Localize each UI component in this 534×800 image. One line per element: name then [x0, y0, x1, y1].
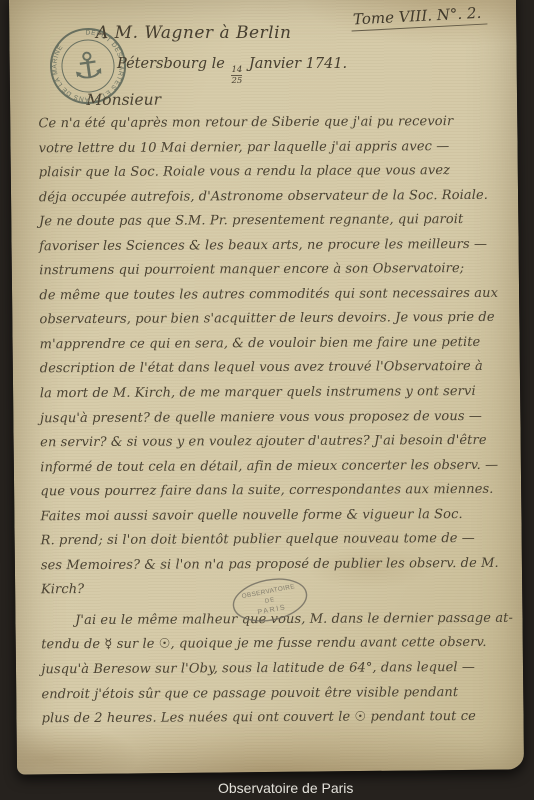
letter-line: plaisir que la Soc. Roiale vous a rendu … — [39, 163, 517, 190]
letter-line: m'apprendre ce qui en sera, & de vouloir… — [40, 335, 518, 362]
addressee-line: A M. Wagner à Berlin — [96, 23, 292, 43]
letter-line: informé de tout cela en détail, afin de … — [40, 457, 518, 484]
letter-line: la mort de M. Kirch, de me marquer quels… — [40, 384, 518, 411]
observatoire-stamp-line3: PARIS — [257, 602, 287, 616]
date-fraction-denominator: 25 — [231, 75, 242, 86]
dateline: Pétersbourg le 14 25 Janvier 1741. — [117, 56, 347, 86]
letter-line: déja occupée autrefois, d'Astronome obse… — [39, 187, 517, 214]
dateline-prefix: Pétersbourg le — [117, 56, 225, 72]
letter-line: tendu de ☿ sur le ☉, quoique je me fusse… — [41, 635, 519, 662]
dateline-suffix: Janvier 1741. — [249, 56, 347, 72]
anchor-icon: ⚓ — [69, 44, 107, 89]
letter-line: en servir? & si vous y en voulez ajouter… — [40, 433, 518, 460]
letter-line: endroit j'étois sûr que ce passage pouvo… — [41, 684, 519, 711]
letter-line: instrumens qui pourroient manquer encore… — [39, 261, 517, 288]
letter-line: R. prend; si l'on doit bientôt publier q… — [41, 531, 519, 558]
letter-line: Ce n'a été qu'après mon retour de Siberi… — [38, 114, 516, 141]
letter-line: Je ne doute pas que S.M. Pr. presentemen… — [39, 212, 517, 239]
scanned-letter-page: { "letter": { "tome_label": "Tome VIII. … — [0, 0, 534, 800]
letter-line: de même que toutes les autres commodités… — [39, 286, 517, 313]
letter-line: votre lettre du 10 Mai dernier, par laqu… — [39, 138, 517, 165]
letter-line: observateurs, pour bien s'acquitter de l… — [39, 310, 517, 337]
letter-line: favoriser les Sciences & les beaux arts,… — [39, 236, 517, 263]
footer-credit: Observatoire de Paris — [218, 780, 353, 796]
date-fraction: 14 25 — [231, 66, 242, 86]
letter-line: plus de 2 heures. Les nuées qui ont couv… — [42, 709, 520, 736]
letter-line: que vous pourrez faire dans la suite, co… — [40, 482, 518, 509]
salutation: Monsieur — [86, 89, 516, 109]
letter-body: Monsieur Ce n'a été qu'après mon retour … — [38, 89, 519, 736]
date-fraction-numerator: 14 — [231, 66, 242, 75]
letter-line: description de l'état dans lequel vous a… — [40, 359, 518, 386]
letter-line: Faites moi aussi savoir quelle nouvelle … — [41, 506, 519, 533]
letter-line: jusqu'à Beresow sur l'Oby, sous la latit… — [41, 660, 519, 687]
letter-line: jusqu'à present? de quelle maniere vous … — [40, 408, 518, 435]
